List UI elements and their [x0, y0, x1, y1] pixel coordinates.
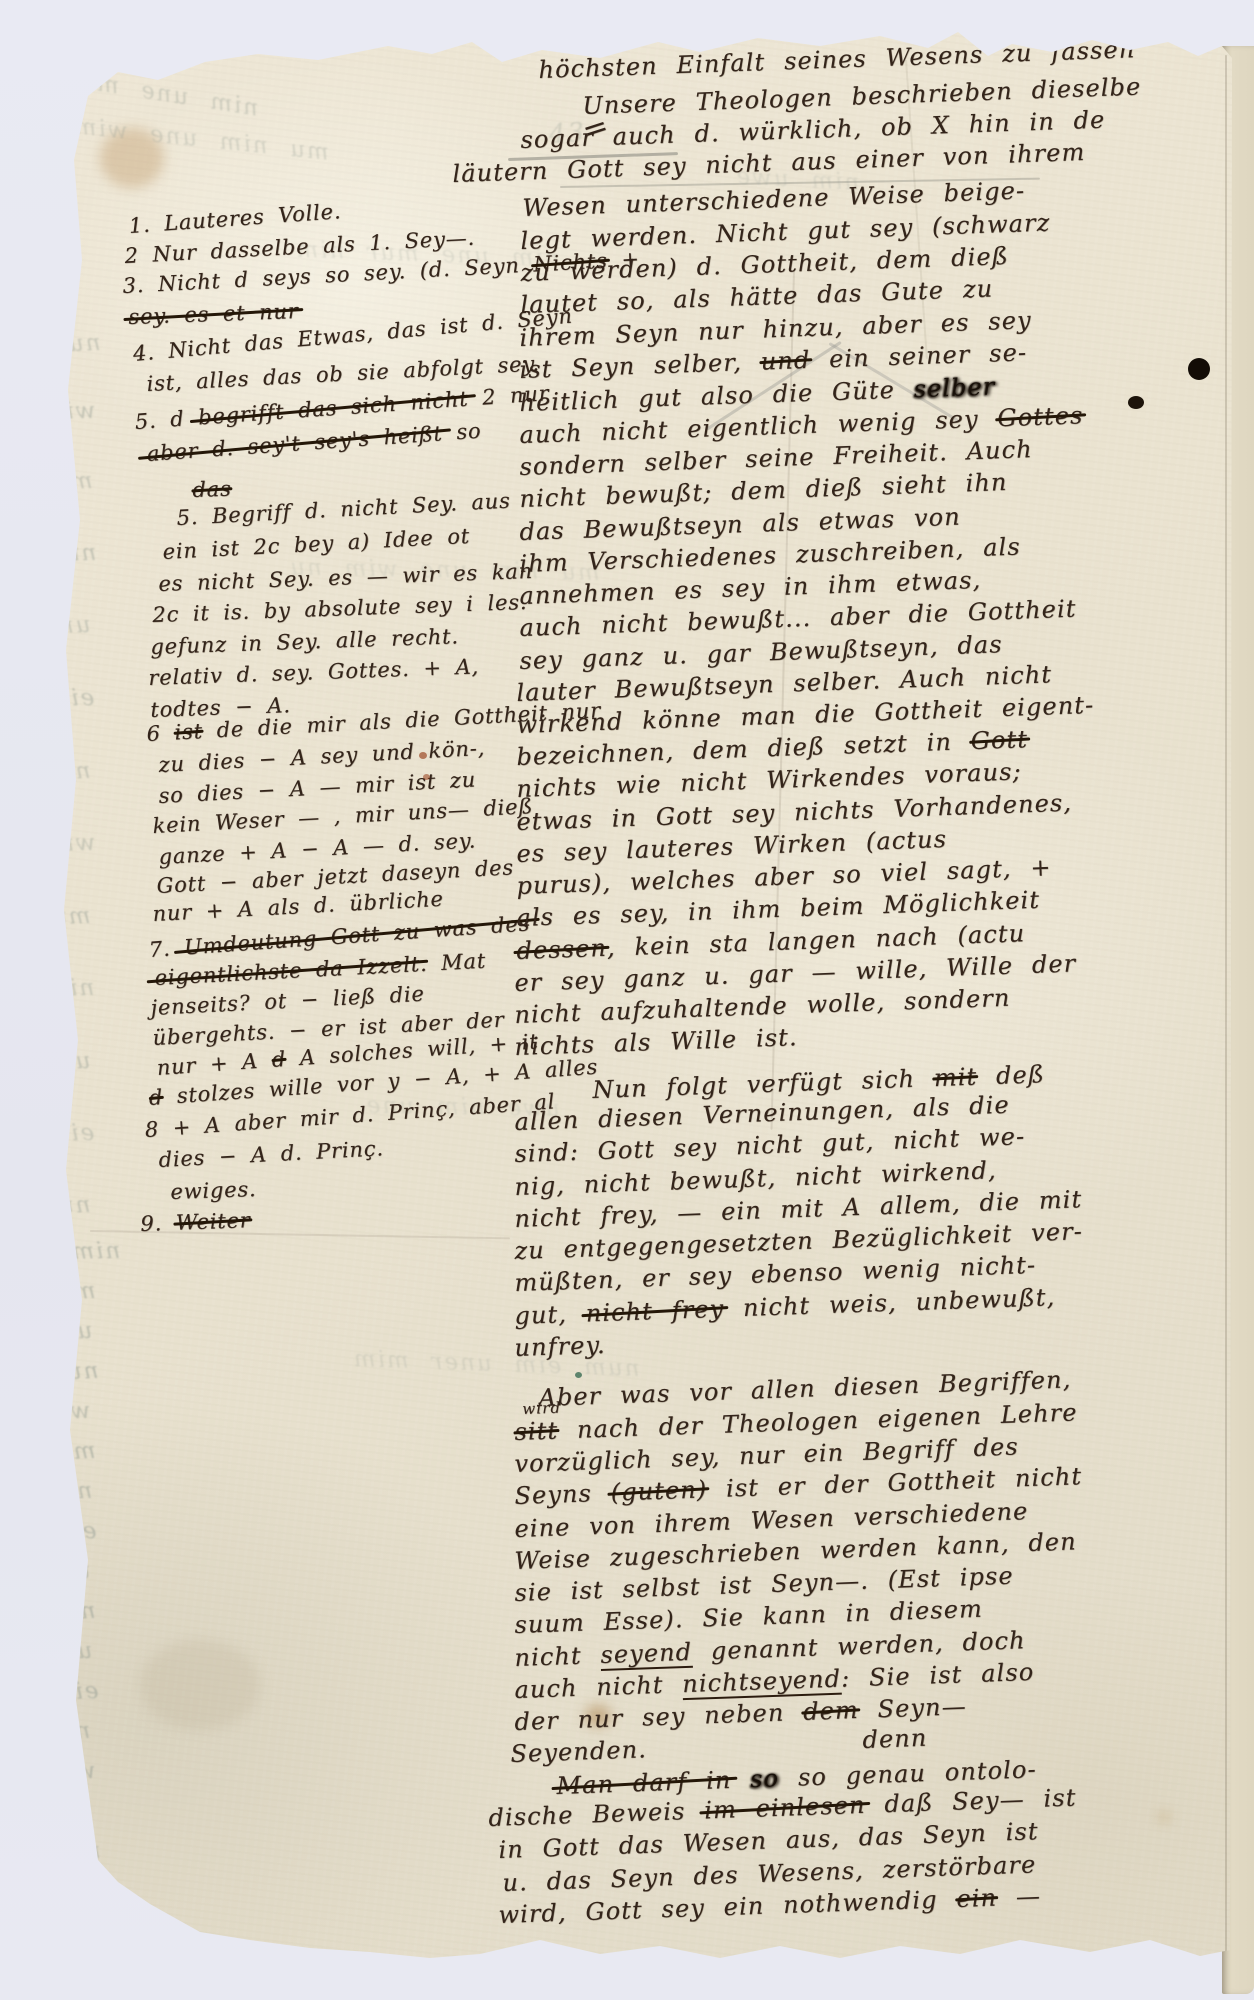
- ink-dot-layer: [0, 0, 1254, 2000]
- manuscript-page: nim une mur nim uwe nummu nim une wim43n…: [0, 0, 1254, 2000]
- showthrough-line: uwe nim une m mur einm uwe: [0, 1558, 90, 1592]
- ink-blot-dot: [1188, 358, 1210, 380]
- showthrough-line: wim num ei mune nim uw wim: [0, 1758, 96, 1801]
- ink-blot-dot: [423, 774, 430, 780]
- ink-blot-dot: [419, 752, 427, 759]
- showthrough-line: une mim wen uim num ei une: [0, 1638, 92, 1672]
- showthrough-line: num ei mune nim uwe nu num: [0, 1718, 90, 1752]
- showthrough-line: nim uwe num eim uner w nim: [0, 1838, 101, 1880]
- showthrough-line: ei mune nim uw wim num ei: [0, 1518, 97, 1560]
- ink-blot-dot: [1128, 396, 1144, 409]
- showthrough-line: num eim uner w nim uwe num: [0, 1598, 96, 1641]
- showthrough-line: une mim wen uim num ei: [0, 1878, 115, 1911]
- ink-blot-dot: [575, 1372, 582, 1378]
- manuscript-scan: nim une mur nim uwe nummu nim une wim43n…: [0, 0, 1254, 2000]
- showthrough-line: mur einm uwe nim une m mur: [0, 1798, 92, 1832]
